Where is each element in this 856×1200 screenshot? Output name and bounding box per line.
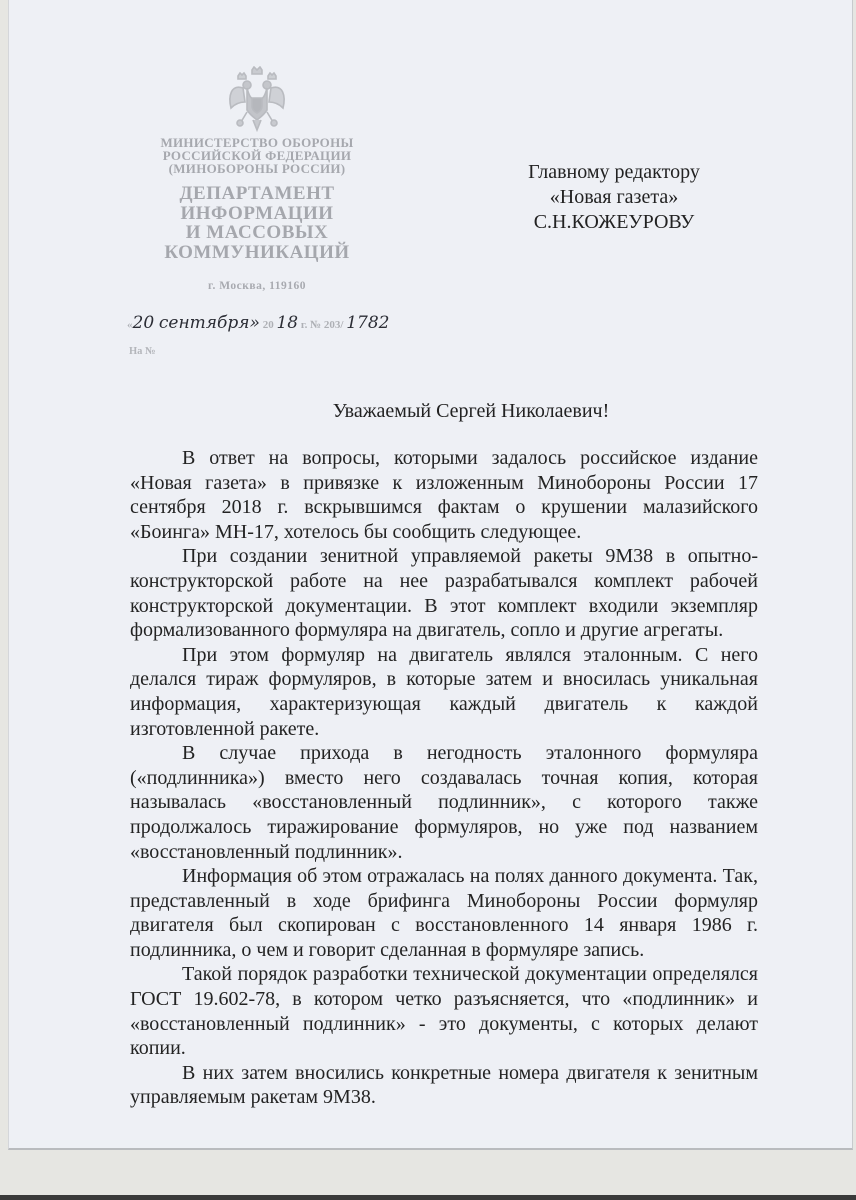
department-line: КОММУНИКАЦИЙ	[137, 243, 377, 263]
reference-number-prefix: г. № 203/	[301, 319, 344, 331]
department-line: ИНФОРМАЦИИ	[137, 204, 377, 224]
addressee-title: Главному редактору	[479, 160, 749, 185]
year-prefix: 20	[263, 319, 274, 331]
quote-mark: «	[127, 319, 133, 331]
handwritten-day: 20	[133, 313, 155, 333]
body-paragraph: При создании зенитной управляемой ракеты…	[130, 544, 758, 642]
handwritten-month: сентября»	[159, 313, 260, 333]
letterhead: МИНИСТЕРСТВО ОБОРОНЫ РОССИЙСКОЙ ФЕДЕРАЦИ…	[137, 60, 377, 292]
scanner-bed-edge	[0, 1195, 856, 1200]
russian-coat-of-arms-icon	[225, 66, 289, 132]
city-address: г. Москва, 119160	[137, 280, 377, 292]
letter-body: В ответ на вопросы, которыми задалось ро…	[130, 446, 758, 1110]
handwritten-reference-number: 1782	[346, 313, 389, 333]
body-paragraph: В случае прихода в негодность эталонного…	[130, 741, 758, 864]
department-line: И МАССОВЫХ	[137, 223, 377, 243]
outgoing-reference: «20 сентября» 20 18 г. № 203/ 1782	[127, 313, 390, 333]
addressee-organization: «Новая газета»	[479, 185, 749, 210]
body-paragraph: Такой порядок разработки технической док…	[130, 962, 758, 1060]
salutation: Уважаемый Сергей Николаевич!	[9, 400, 856, 423]
reply-to-reference: На №	[129, 346, 156, 357]
body-paragraph: При этом формуляр на двигатель являлся э…	[130, 643, 758, 741]
letter-page: МИНИСТЕРСТВО ОБОРОНЫ РОССИЙСКОЙ ФЕДЕРАЦИ…	[8, 0, 853, 1150]
department-line: ДЕПАРТАМЕНТ	[137, 184, 377, 204]
handwritten-year: 18	[276, 313, 298, 333]
body-paragraph: В ответ на вопросы, которыми задалось ро…	[130, 446, 758, 544]
ministry-name: МИНИСТЕРСТВО ОБОРОНЫ РОССИЙСКОЙ ФЕДЕРАЦИ…	[137, 136, 377, 175]
addressee-block: Главному редактору «Новая газета» С.Н.КО…	[479, 160, 749, 235]
body-paragraph: В них затем вносились конкретные номера …	[130, 1061, 758, 1110]
ministry-line: (МИНОБОРОНЫ РОССИИ)	[137, 162, 377, 175]
body-paragraph: Информация об этом отражалась на полях д…	[130, 864, 758, 962]
department-name: ДЕПАРТАМЕНТ ИНФОРМАЦИИ И МАССОВЫХ КОММУН…	[137, 184, 377, 262]
addressee-name: С.Н.КОЖЕУРОВУ	[479, 210, 749, 235]
salutation-text: Уважаемый Сергей Николаевич!	[333, 400, 610, 422]
